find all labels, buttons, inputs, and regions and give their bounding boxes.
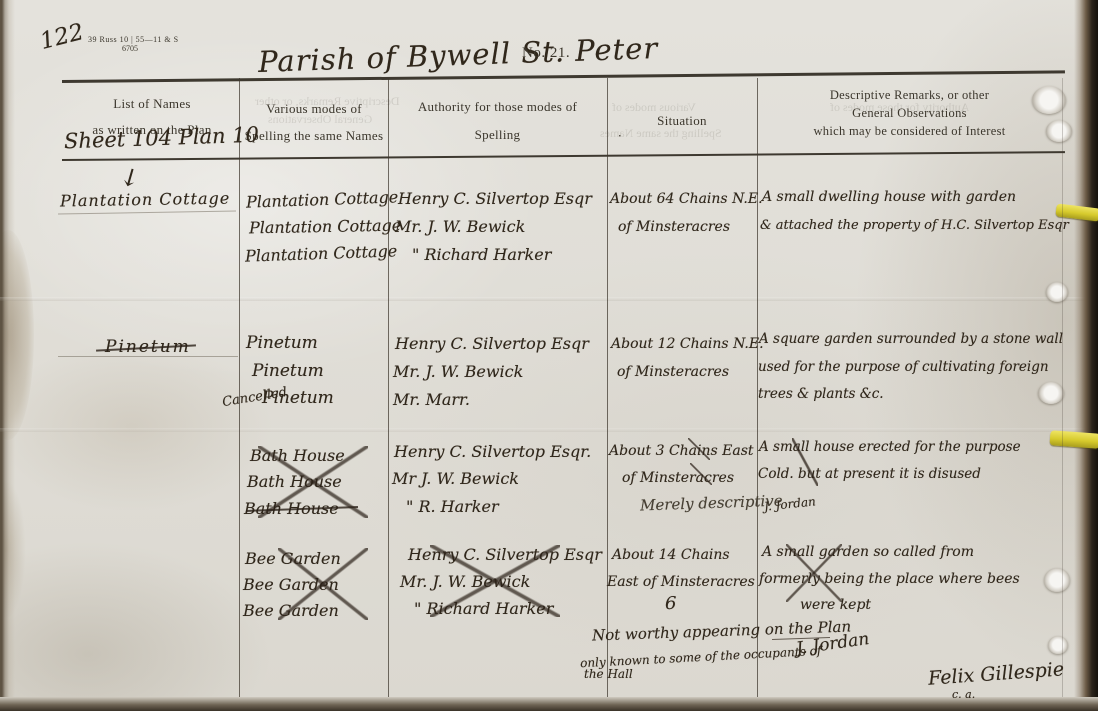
surveyor-note: Merely descriptive [640, 492, 783, 515]
column-divider [388, 78, 389, 697]
remarks-entry: A small dwelling house with garden [762, 189, 1016, 205]
header-list-of-names: List of Names [65, 96, 239, 112]
spelling-entry: Plantation Cottage [246, 187, 399, 211]
examiner-signature: Felix Gillespie [927, 658, 1064, 689]
spelling-entry: Plantation Cottage [245, 241, 398, 265]
strike-x-mark [430, 545, 560, 617]
remarks-entry: & attached the property of H.C. Silverto… [760, 218, 1069, 233]
bottom-page-edge [0, 697, 1098, 711]
left-torn-edge [0, 0, 15, 711]
authority-entry: Henry C. Silvertop Esqr [398, 189, 592, 208]
strike-slash-mark [688, 438, 710, 460]
binding-hole [1044, 568, 1070, 592]
authority-entry: Mr. J. W. Bewick [395, 217, 525, 236]
binding-thread [1050, 430, 1098, 448]
situation-entry: of Minsteracres [618, 219, 730, 235]
situation-entry: About 14 Chains [612, 547, 730, 563]
pencil-baseline [58, 356, 238, 357]
table-top-rule [62, 70, 1065, 82]
form-number: No. 21. [522, 45, 570, 62]
situation-entry: About 3 Chains East [609, 443, 754, 459]
page-number: 122 [38, 19, 87, 55]
authority-entry: Henry C. Silvertop Esqr [395, 334, 589, 353]
header-authority: Authority for those modes of [388, 99, 607, 115]
situation-entry: About 12 Chains N.E. [611, 336, 764, 352]
scanned-register-page: 122 39 Russ 10 | 55—11 & S 6705 Parish o… [0, 0, 1098, 711]
examiner-signature-flourish: c. a. [952, 688, 975, 701]
header-various-modes-2: Spelling the same Names [240, 128, 388, 144]
strike-slash-mark [690, 463, 712, 485]
footnote-line: the Hall [584, 667, 633, 681]
bleed-through-text: General Observations [268, 112, 372, 127]
strike-slash-mark [792, 438, 818, 486]
header-authority-2: Spelling [388, 127, 607, 143]
remarks-entry: used for the purpose of cultivating fore… [758, 359, 1049, 375]
pencil-baseline [58, 210, 236, 214]
situation-entry: About 64 Chains N.E. [610, 191, 763, 207]
spelling-entry: Plantation Cottage [249, 216, 402, 238]
binding-hole [1046, 282, 1068, 302]
spelling-entry: Pinetum [262, 388, 334, 408]
strike-x-mark [278, 548, 368, 620]
situation-entry: of Minsteracres [622, 470, 734, 486]
bleed-through-text: Descriptive Remarks, or other [255, 94, 400, 109]
authority-entry: Mr. Marr. [393, 390, 470, 409]
horizontal-crease [0, 428, 1098, 432]
name-on-plan: Plantation Cottage [60, 189, 231, 211]
spelling-entry: Pinetum [252, 361, 324, 381]
authority-entry: Henry C. Silvertop Esqr. [394, 442, 591, 461]
situation-entry: East of Minsteracres [607, 574, 755, 590]
binding-hole [1048, 636, 1068, 654]
remarks-entry: A square garden surrounded by a stone wa… [759, 331, 1063, 347]
table-right-rule [1062, 78, 1063, 697]
spelling-entry: Pinetum [246, 333, 318, 353]
binding-hole [1038, 382, 1064, 404]
header-remarks-3: which may be considered of Interest [757, 124, 1062, 139]
book-spine-edge [1074, 0, 1098, 711]
header-bottom-rule [62, 151, 1065, 161]
column-divider [607, 78, 608, 697]
print-code: 39 Russ 10 | 55—11 & S [88, 35, 179, 44]
strike-x-mark [786, 544, 842, 602]
situation-entry: of Minsteracres [617, 364, 729, 380]
bleed-through-text: Authority for those modes of [830, 100, 969, 115]
authority-entry: " Richard Harker [412, 245, 551, 264]
parish-title-handwritten: Parish of Bywell St. Peter [258, 31, 659, 79]
column-divider [239, 78, 240, 697]
authority-entry: " R. Harker [406, 497, 499, 516]
situation-entry: 6 [665, 593, 676, 614]
authority-entry: Mr J. W. Bewick [392, 469, 519, 488]
print-code-number: 6705 [122, 44, 138, 53]
horizontal-crease [0, 297, 1098, 301]
bleed-through-text: Various modes of [612, 100, 696, 115]
bleed-through-text: Spelling the same Names [600, 126, 722, 141]
authority-entry: Mr. J. W. Bewick [393, 362, 523, 381]
remarks-entry: trees & plants &c. [758, 386, 884, 402]
